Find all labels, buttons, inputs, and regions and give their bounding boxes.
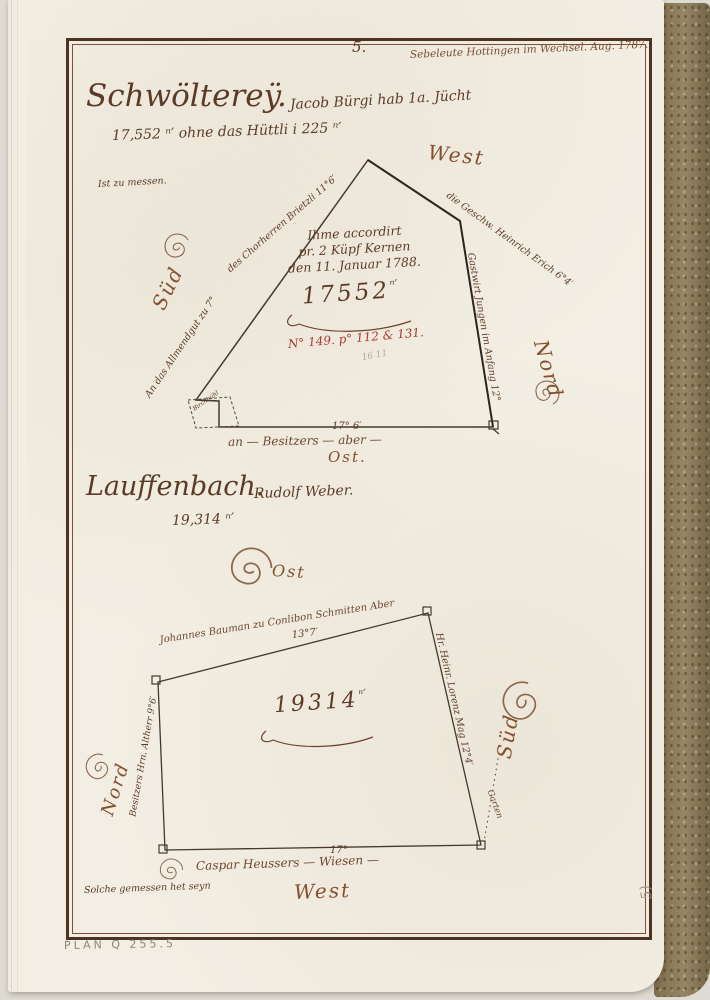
parcel2-area-unit: ⁿ′	[358, 687, 367, 702]
scanned-plan-page: { "page": { "folio_number": "5.", "heade…	[0, 0, 710, 1000]
parcel1-bottom-measure: 17° 6′	[332, 422, 362, 433]
parcel2-direction-west: West	[294, 880, 352, 903]
page-curl-left-edge	[8, 0, 26, 992]
parcel1-title: Schwöltereÿ.	[86, 80, 287, 113]
parcel1-bottom-edge-note: an — Besitzers — aber —	[228, 433, 382, 448]
parcel1-direction-ost: Ost.	[328, 450, 367, 466]
corner-pencil-mark: 5)	[638, 884, 655, 901]
parcel2-direction-ost: Ost	[272, 563, 307, 582]
folio-number: 5.	[352, 40, 366, 56]
parcel2-owner-note: Rudolf Weber.	[254, 484, 354, 502]
parcel2-title: Lauffenbach.	[86, 473, 264, 501]
parcel2-area-note: 19,314 ⁿ′	[172, 512, 235, 529]
parcel1-direction-west: West	[427, 142, 486, 169]
archive-stamp: PLAN Q 255.5	[64, 938, 176, 951]
parcel1-area-unit: ⁿ′	[389, 276, 398, 292]
